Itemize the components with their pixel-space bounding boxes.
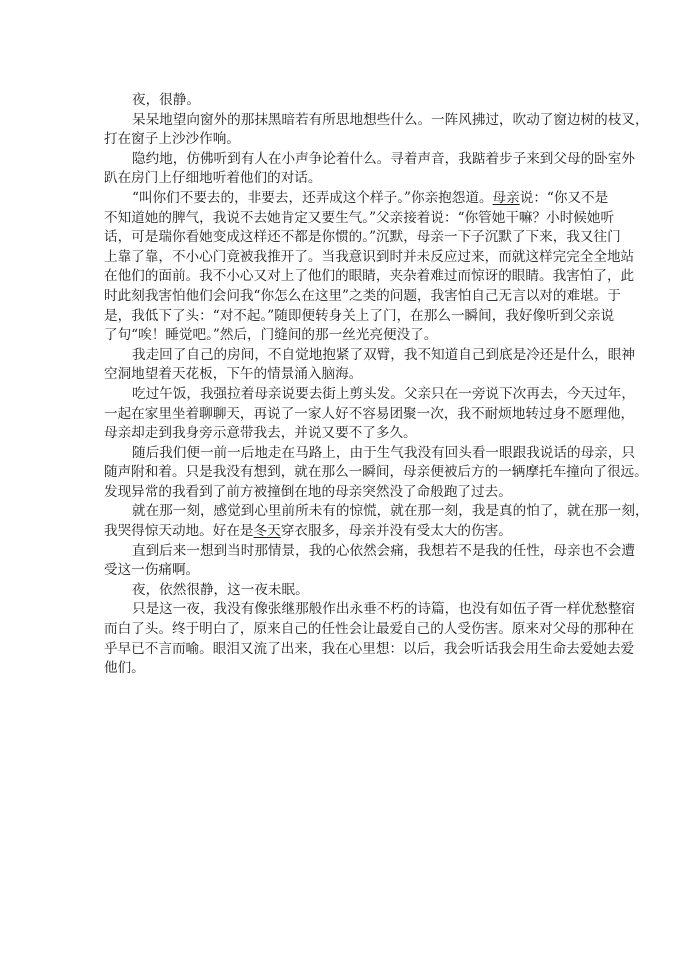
- text-line: 是，我低下了头：“对不起。”随即便转身关上了门，在那么一瞬间，我好像听到父亲说: [104, 307, 584, 327]
- text-line: 呆呆地望向窗外的那抹黑暗若有所思地想些什么。一阵风拂过，吹动了窗边树的枝叉，: [104, 111, 584, 131]
- text-segment: 说：“你又不是: [520, 190, 609, 206]
- text-line: 乎早已不言而喻。眼泪又流了出来，我在心里想：以后，我会听话我会用生命去爱她去爱: [104, 640, 584, 660]
- text-line: 就在那一刻，感觉到心里前所未有的惊慌，就在那一刻，我是真的怕了，就在那一刻，: [104, 502, 584, 522]
- text-line: 而白了头。终于明白了，原来自己的任性会让最爱自己的人受伤害。原来对父母的那种在: [104, 620, 584, 640]
- text-segment: 我哭得惊天动地。好在是: [104, 523, 254, 539]
- text-line: 一起在家里坐着聊聊天，再说了一家人好不容易团聚一次，我不耐烦地转过身不愿理他，: [104, 405, 584, 425]
- text-line: 随后我们便一前一后地走在马路上，由于生气我没有回头看一眼跟我说话的母亲，只: [104, 444, 584, 464]
- text-line: 母亲却走到我身旁示意带我去，并说又要不了多久。: [104, 424, 584, 444]
- text-line: 随声附和着。只是我没有想到，就在那么一瞬间，母亲便被后方的一辆摩托车撞向了很远。: [104, 463, 584, 483]
- document-page: 夜，很静。 呆呆地望向窗外的那抹黑暗若有所思地想些什么。一阵风拂过，吹动了窗边树…: [0, 0, 690, 976]
- text-line: 时此刻我害怕他们会问我“你怎么在这里”之类的问题，我害怕自己无言以对的难堪。于: [104, 287, 584, 307]
- link-mother[interactable]: 母亲: [493, 190, 520, 206]
- text-line: 只是这一夜，我没有像张继那般作出永垂不朽的诗篇，也没有如伍子胥一样优愁整宿: [104, 600, 584, 620]
- text-line: 夜，很静。: [104, 91, 584, 111]
- text-line: “叫你们不要去的，非要去，还弄成这个样子。”你亲抱怨道。母亲说：“你又不是: [104, 189, 584, 209]
- text-line: 不知道她的脾气，我说不去她肯定又要生气。”父亲接着说：“你管她干嘛？小时候她听: [104, 209, 584, 229]
- text-line: 趴在房门上仔细地听着他们的对话。: [104, 169, 584, 189]
- text-line: 空洞地望着天花板，下午的情景涌入脑海。: [104, 365, 584, 385]
- text-line: 话，可是瑞你看她变成这样还不都是你惯的。”沉默，母亲一下子沉默了下来，我又往门: [104, 228, 584, 248]
- text-line: 打在窗子上沙沙作响。: [104, 130, 584, 150]
- text-line: 他们。: [104, 659, 584, 679]
- document-body: 夜，很静。 呆呆地望向窗外的那抹黑暗若有所思地想些什么。一阵风拂过，吹动了窗边树…: [104, 91, 584, 679]
- text-line: 夜，依然很静，这一夜未眠。: [104, 581, 584, 601]
- text-segment: 穿衣服多，母亲并没有受太大的伤害。: [281, 523, 512, 539]
- text-line: 我哭得惊天动地。好在是冬天穿衣服多，母亲并没有受太大的伤害。: [104, 522, 584, 542]
- text-line: 在他们的面前。我不小心又对上了他们的眼睛，夹杂着难过而惊讶的眼睛。我害怕了，此: [104, 267, 584, 287]
- text-line: 我走回了自己的房间，不自觉地抱紧了双臂，我不知道自己到底是冷还是什么，眼神: [104, 346, 584, 366]
- text-line: 直到后来一想到当时那情景，我的心依然会痛，我想若不是我的任性，母亲也不会遭: [104, 542, 584, 562]
- text-line: 发现异常的我看到了前方被撞倒在地的母亲突然没了命般跑了过去。: [104, 483, 584, 503]
- text-line: 了句“唉！睡觉吧。”然后，门缝间的那一丝光亮便没了。: [104, 326, 584, 346]
- text-line: 隐约地，仿佛听到有人在小声争论着什么。寻着声音，我踮着步子来到父母的卧室外: [104, 150, 584, 170]
- link-winter[interactable]: 冬天: [254, 523, 281, 539]
- text-line: 吃过午饭，我强拉着母亲说要去街上剪头发。父亲只在一旁说下次再去，今天过年，: [104, 385, 584, 405]
- text-segment: “叫你们不要去的，非要去，还弄成这个样子。”你亲抱怨道。: [132, 190, 493, 206]
- text-line: 上靠了靠，不小心门竟被我推开了。当我意识到时并未反应过来，而就这样完完全全地站: [104, 248, 584, 268]
- text-line: 受这一伤痛啊。: [104, 561, 584, 581]
